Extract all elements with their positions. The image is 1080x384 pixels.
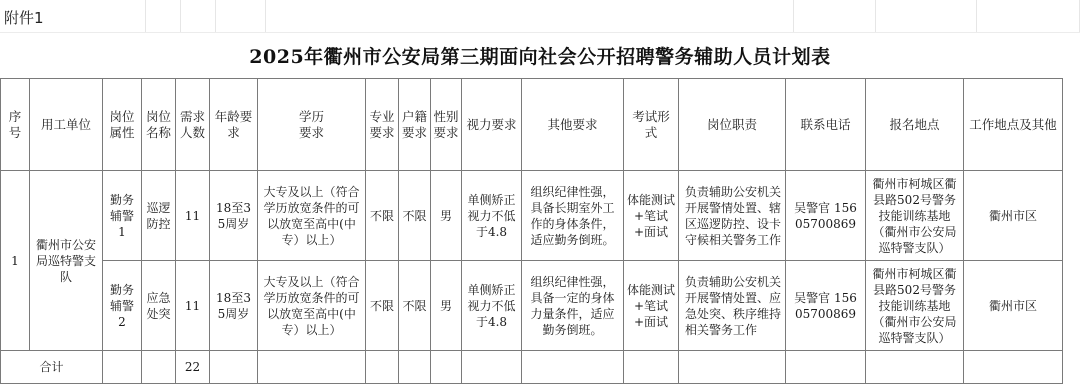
- empty-cell: [866, 351, 964, 384]
- cell-phone: 吴警官 15605700869: [786, 261, 866, 351]
- empty-cell: [964, 351, 1063, 384]
- recruitment-plan-table: 序号 用工单位 岗位属性 岗位名称 需求人数 年龄要求 学历要求 专业要求 户籍…: [0, 78, 1063, 384]
- cell-other: 组织纪律性强，具备一定的身体力量条件，适应勤务倒班。: [522, 261, 624, 351]
- cell-major: 不限: [366, 261, 399, 351]
- header-workplace: 工作地点及其他: [964, 79, 1063, 171]
- header-post-name: 岗位名称: [142, 79, 176, 171]
- cell-age: 18至35周岁: [210, 261, 258, 351]
- cell-age: 18至35周岁: [210, 171, 258, 261]
- header-duty: 岗位职责: [679, 79, 786, 171]
- cell-post-attr: 勤务辅警1: [103, 171, 142, 261]
- header-phone: 联系电话: [786, 79, 866, 171]
- cell-signup: 衢州市柯城区衢县路502号警务技能训练基地（衢州市公安局巡特警支队）: [866, 261, 964, 351]
- total-count: 22: [176, 351, 210, 384]
- cell-post-attr: 勤务辅警2: [103, 261, 142, 351]
- cell-vision: 单侧矫正视力不低于4.8: [462, 171, 522, 261]
- header-education: 学历要求: [258, 79, 366, 171]
- cell-phone: 吴警官 15605700869: [786, 171, 866, 261]
- header-gender: 性别要求: [431, 79, 462, 171]
- grid-line: [976, 0, 977, 33]
- cell-workplace: 衢州市区: [964, 261, 1063, 351]
- grid-line: [793, 0, 794, 33]
- attachment-label: 附件1: [4, 7, 44, 28]
- empty-cell: [522, 351, 624, 384]
- empty-cell: [462, 351, 522, 384]
- table-row: 勤务辅警2 应急处突 11 18至35周岁 大专及以上（符合学历放宽条件的可以放…: [1, 261, 1063, 351]
- cell-hukou: 不限: [399, 261, 431, 351]
- header-post-attr: 岗位属性: [103, 79, 142, 171]
- cell-seq: 1: [1, 171, 30, 351]
- empty-cell: [786, 351, 866, 384]
- empty-cell: [142, 351, 176, 384]
- cell-exam: 体能测试+笔试+面试: [624, 171, 679, 261]
- cell-workplace: 衢州市区: [964, 171, 1063, 261]
- total-row: 合计 22: [1, 351, 1063, 384]
- cell-other: 组织纪律性强，具备长期室外工作的身体条件，适应勤务倒班。: [522, 171, 624, 261]
- cell-count: 11: [176, 261, 210, 351]
- spreadsheet-top-grid: [0, 0, 1080, 33]
- cell-unit: 衢州市公安局巡特警支队: [30, 171, 103, 351]
- header-other: 其他要求: [522, 79, 624, 171]
- header-count: 需求人数: [176, 79, 210, 171]
- empty-cell: [431, 351, 462, 384]
- cell-post-name: 应急处突: [142, 261, 176, 351]
- header-vision: 视力要求: [462, 79, 522, 171]
- empty-cell: [679, 351, 786, 384]
- cell-duty: 负责辅助公安机关开展警情处置、辖区巡逻防控、设卡守候相关警务工作: [679, 171, 786, 261]
- cell-major: 不限: [366, 171, 399, 261]
- grid-line: [875, 0, 876, 33]
- header-hukou: 户籍要求: [399, 79, 431, 171]
- cell-education: 大专及以上（符合学历放宽条件的可以放宽至高中(中专）以上）: [258, 171, 366, 261]
- empty-cell: [366, 351, 399, 384]
- total-label: 合计: [1, 351, 103, 384]
- grid-line: [265, 0, 266, 33]
- cell-count: 11: [176, 171, 210, 261]
- cell-gender: 男: [431, 261, 462, 351]
- document-title: 2025年衢州市公安局第三期面向社会公开招聘警务辅助人员计划表: [0, 33, 1080, 78]
- cell-exam: 体能测试+笔试+面试: [624, 261, 679, 351]
- header-age: 年龄要求: [210, 79, 258, 171]
- cell-education: 大专及以上（符合学历放宽条件的可以放宽至高中(中专）以上）: [258, 261, 366, 351]
- header-unit: 用工单位: [30, 79, 103, 171]
- header-row: 序号 用工单位 岗位属性 岗位名称 需求人数 年龄要求 学历要求 专业要求 户籍…: [1, 79, 1063, 171]
- empty-cell: [210, 351, 258, 384]
- cell-gender: 男: [431, 171, 462, 261]
- cell-vision: 单侧矫正视力不低于4.8: [462, 261, 522, 351]
- grid-line: [215, 0, 216, 33]
- header-exam: 考试形式: [624, 79, 679, 171]
- table-row: 1 衢州市公安局巡特警支队 勤务辅警1 巡逻防控 11 18至35周岁 大专及以…: [1, 171, 1063, 261]
- empty-cell: [624, 351, 679, 384]
- cell-signup: 衢州市柯城区衢县路502号警务技能训练基地（衢州市公安局巡特警支队）: [866, 171, 964, 261]
- header-major: 专业要求: [366, 79, 399, 171]
- empty-cell: [399, 351, 431, 384]
- grid-line: [180, 0, 181, 33]
- grid-line: [145, 0, 146, 33]
- empty-cell: [258, 351, 366, 384]
- cell-hukou: 不限: [399, 171, 431, 261]
- cell-post-name: 巡逻防控: [142, 171, 176, 261]
- empty-cell: [103, 351, 142, 384]
- header-signup: 报名地点: [866, 79, 964, 171]
- header-seq: 序号: [1, 79, 30, 171]
- cell-duty: 负责辅助公安机关开展警情处置、应急处突、秩序维持相关警务工作: [679, 261, 786, 351]
